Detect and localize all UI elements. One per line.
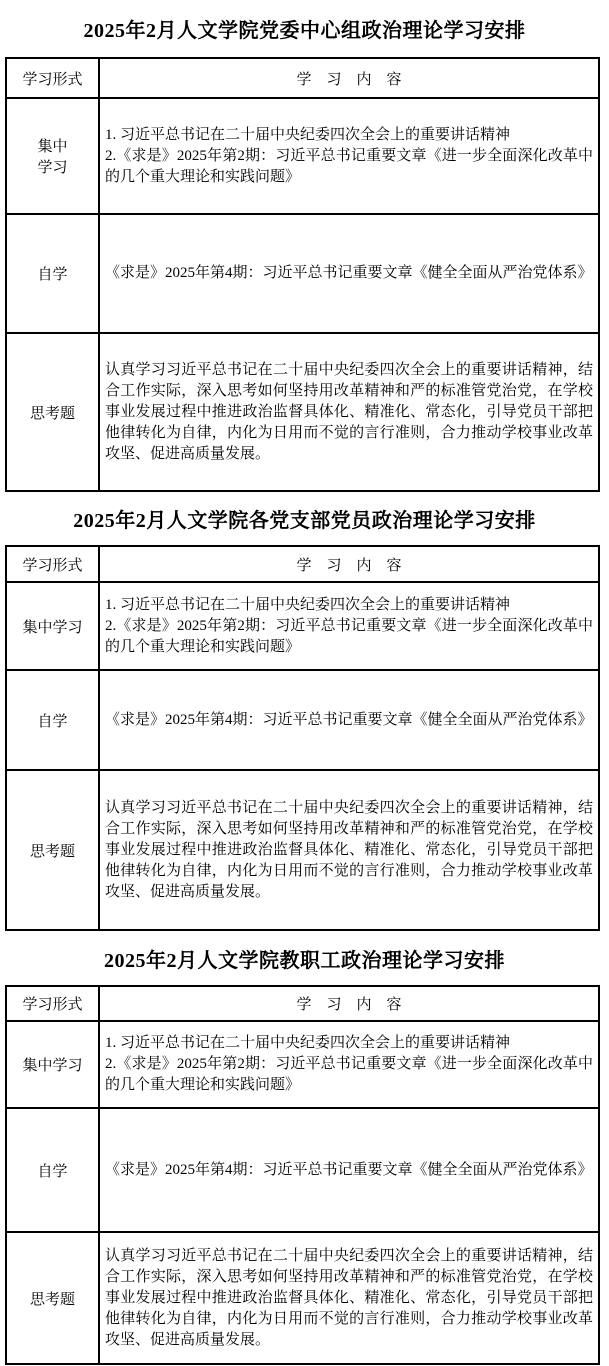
form-cell: 集中学习	[6, 1021, 99, 1108]
column-header-content: 学 习 内 容	[99, 986, 599, 1021]
section-title-wrap: 2025年2月人文学院各党支部党员政治理论学习安排	[0, 492, 609, 545]
section-committee-center-group: 2025年2月人文学院党委中心组政治理论学习安排 学习形式 学 习 内 容 集中…	[0, 0, 609, 492]
content-cell: 《求是》2025年第4期：习近平总书记重要文章《健全全面从严治党体系》	[99, 670, 599, 770]
table-row: 思考题 认真学习习近平总书记在二十届中央纪委四次全会上的重要讲话精神，结合工作实…	[6, 770, 599, 930]
section-title: 2025年2月人文学院党委中心组政治理论学习安排	[84, 14, 526, 43]
table-header-row: 学习形式 学 习 内 容	[6, 546, 599, 582]
section-title: 2025年2月人文学院教职工政治理论学习安排	[104, 944, 505, 973]
form-cell: 自学	[6, 1108, 99, 1232]
study-schedule-table: 学习形式 学 习 内 容 集中学习 1. 习近平总书记在二十届中央纪委四次全会上…	[5, 985, 600, 1365]
document-page: 2025年2月人文学院党委中心组政治理论学习安排 学习形式 学 习 内 容 集中…	[0, 0, 609, 1366]
section-faculty-staff: 2025年2月人文学院教职工政治理论学习安排 学习形式 学 习 内 容 集中学习…	[0, 931, 609, 1365]
content-cell: 1. 习近平总书记在二十届中央纪委四次全会上的重要讲话精神 2.《求是》2025…	[99, 582, 599, 670]
content-cell: 认真学习习近平总书记在二十届中央纪委四次全会上的重要讲话精神，结合工作实际，深入…	[99, 333, 599, 491]
study-schedule-table: 学习形式 学 习 内 容 集中学习 1. 习近平总书记在二十届中央纪委四次全会上…	[5, 545, 600, 931]
column-header-content: 学 习 内 容	[99, 546, 599, 582]
table-row: 自学 《求是》2025年第4期：习近平总书记重要文章《健全全面从严治党体系》	[6, 670, 599, 770]
column-header-content: 学 习 内 容	[99, 58, 599, 98]
form-cell: 集中 学习	[6, 98, 99, 214]
form-cell: 自学	[6, 670, 99, 770]
column-header-form: 学习形式	[6, 58, 99, 98]
content-cell: 1. 习近平总书记在二十届中央纪委四次全会上的重要讲话精神 2.《求是》2025…	[99, 98, 599, 214]
section-branch-members: 2025年2月人文学院各党支部党员政治理论学习安排 学习形式 学 习 内 容 集…	[0, 492, 609, 931]
table-header-row: 学习形式 学 习 内 容	[6, 986, 599, 1021]
content-cell: 1. 习近平总书记在二十届中央纪委四次全会上的重要讲话精神 2.《求是》2025…	[99, 1021, 599, 1108]
table-row: 集中 学习 1. 习近平总书记在二十届中央纪委四次全会上的重要讲话精神 2.《求…	[6, 98, 599, 214]
table-header-row: 学习形式 学 习 内 容	[6, 58, 599, 98]
table-row: 集中学习 1. 习近平总书记在二十届中央纪委四次全会上的重要讲话精神 2.《求是…	[6, 1021, 599, 1108]
table-row: 思考题 认真学习习近平总书记在二十届中央纪委四次全会上的重要讲话精神，结合工作实…	[6, 333, 599, 491]
table-row: 自学 《求是》2025年第4期：习近平总书记重要文章《健全全面从严治党体系》	[6, 1108, 599, 1232]
content-cell: 认真学习习近平总书记在二十届中央纪委四次全会上的重要讲话精神，结合工作实际，深入…	[99, 1232, 599, 1364]
form-cell: 思考题	[6, 770, 99, 930]
form-cell: 自学	[6, 214, 99, 333]
table-row: 思考题 认真学习习近平总书记在二十届中央纪委四次全会上的重要讲话精神，结合工作实…	[6, 1232, 599, 1364]
section-title-wrap: 2025年2月人文学院教职工政治理论学习安排	[0, 931, 609, 985]
section-title-wrap: 2025年2月人文学院党委中心组政治理论学习安排	[0, 0, 609, 57]
content-cell: 认真学习习近平总书记在二十届中央纪委四次全会上的重要讲话精神，结合工作实际，深入…	[99, 770, 599, 930]
section-title: 2025年2月人文学院各党支部党员政治理论学习安排	[73, 504, 536, 533]
column-header-form: 学习形式	[6, 986, 99, 1021]
study-schedule-table: 学习形式 学 习 内 容 集中 学习 1. 习近平总书记在二十届中央纪委四次全会…	[5, 57, 600, 492]
form-cell: 集中学习	[6, 582, 99, 670]
table-row: 自学 《求是》2025年第4期：习近平总书记重要文章《健全全面从严治党体系》	[6, 214, 599, 333]
content-cell: 《求是》2025年第4期：习近平总书记重要文章《健全全面从严治党体系》	[99, 214, 599, 333]
table-row: 集中学习 1. 习近平总书记在二十届中央纪委四次全会上的重要讲话精神 2.《求是…	[6, 582, 599, 670]
content-cell: 《求是》2025年第4期：习近平总书记重要文章《健全全面从严治党体系》	[99, 1108, 599, 1232]
form-cell: 思考题	[6, 1232, 99, 1364]
column-header-form: 学习形式	[6, 546, 99, 582]
form-cell: 思考题	[6, 333, 99, 491]
